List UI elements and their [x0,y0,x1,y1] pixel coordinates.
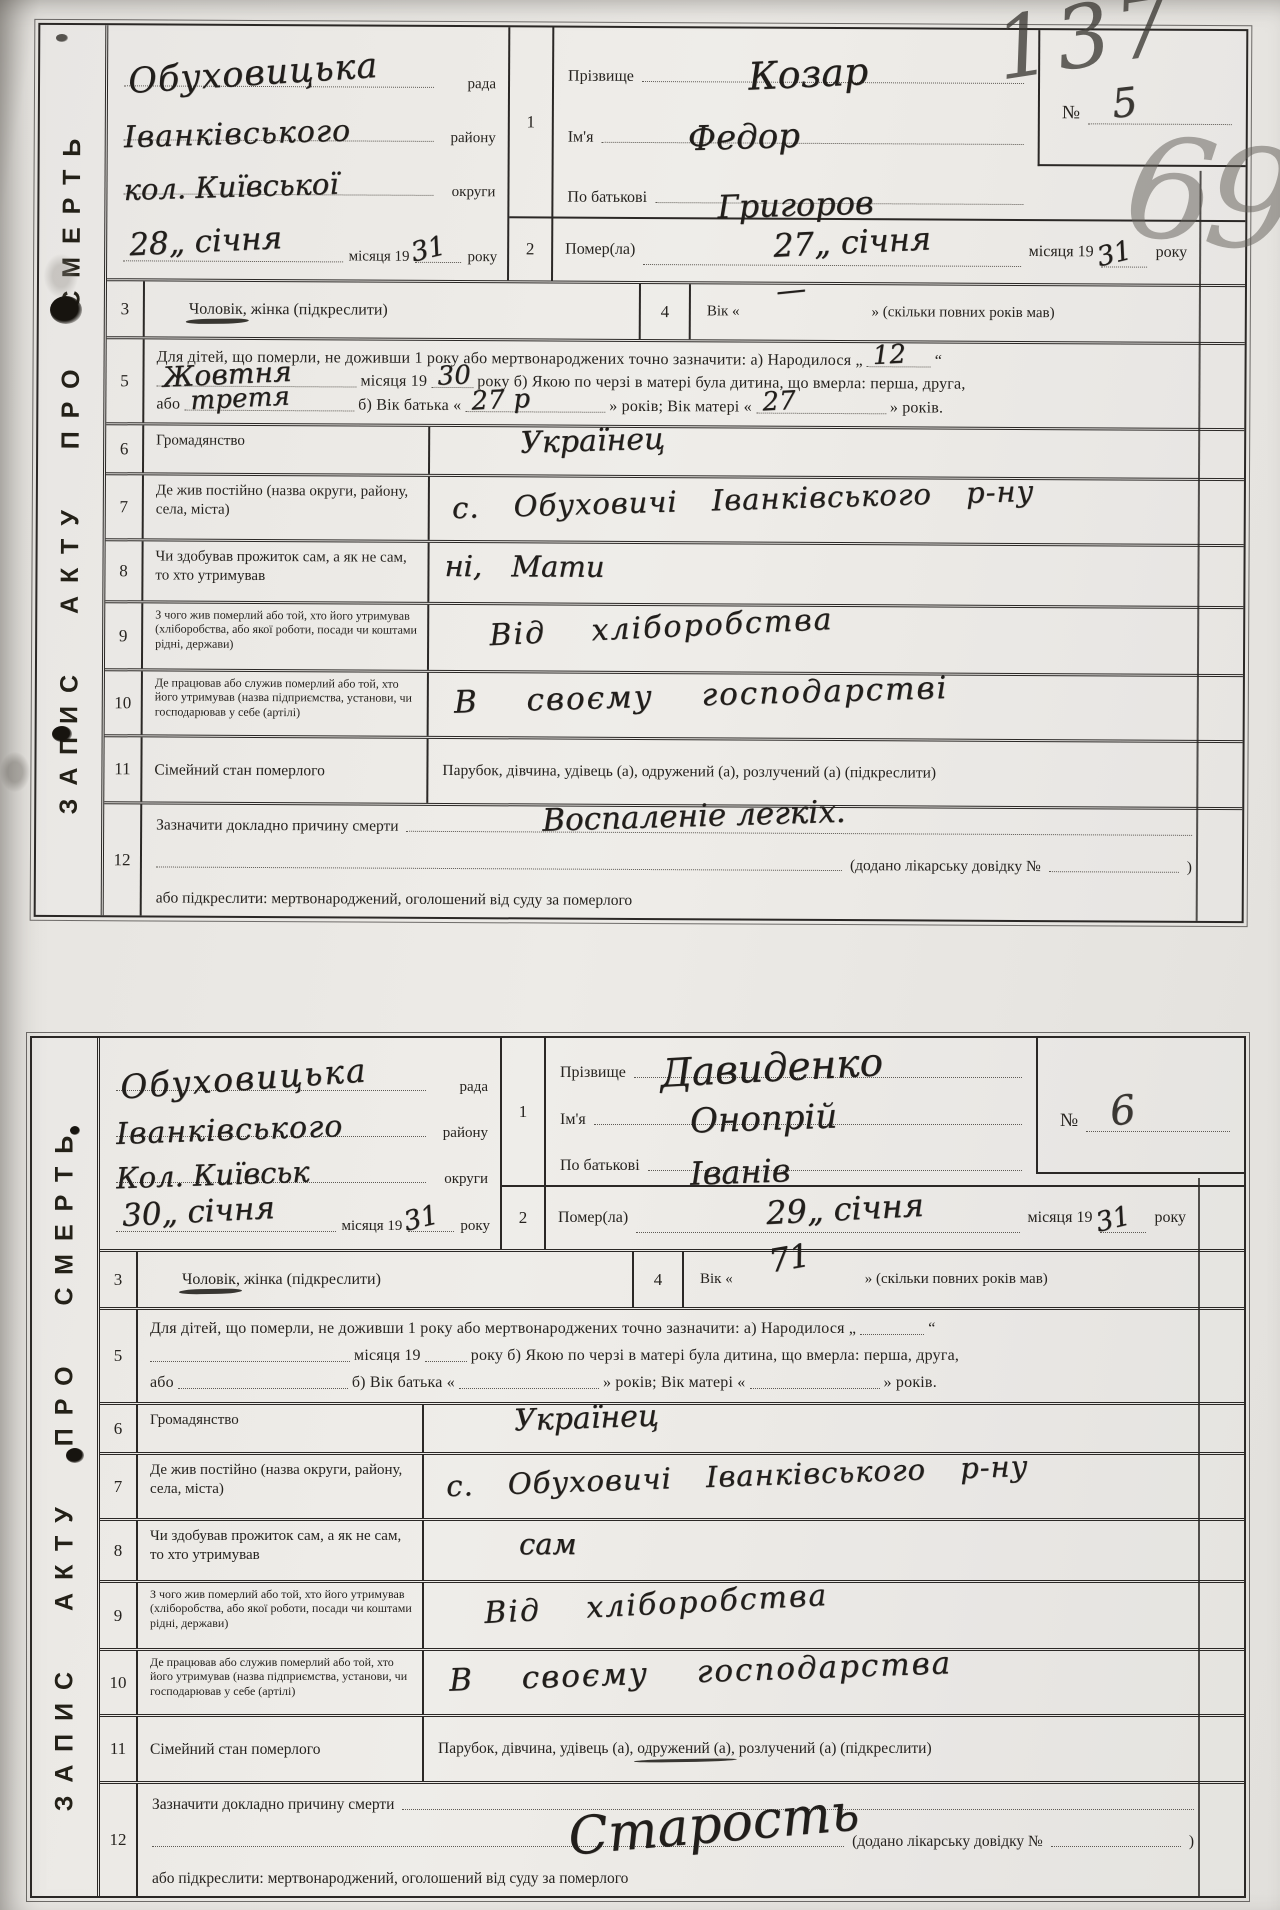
livelihood-label: З чого жив померлий або той, хто його ут… [143,603,429,669]
left-margin-strip: ЗАПИС АКТУ ПРО СМЕРТЬ [32,1038,100,1896]
registration-date-entry: 30„ січня [121,1195,275,1231]
row-7-residence: 7 Де жив постійно (назва округи, району,… [106,475,1244,547]
registration-year-entry: 31 [409,234,448,266]
surname-label: Прізвище [560,1064,626,1082]
ink-blot [52,726,72,742]
row-number: 8 [105,541,143,600]
okruha-line: Кол. Київськ округи [116,1144,490,1190]
marital-married-underlined: одружений (а) [637,1740,731,1757]
row-10-workplace: 10 Де працював або служив померлий або т… [105,671,1243,743]
age-entry: — [774,275,807,305]
row-number: 11 [100,1717,138,1781]
child-text-3b: б) Вік батька « [352,1374,455,1392]
row-number: 6 [106,425,144,472]
age-gap: — [745,285,865,341]
council-block: Обуховицька рада Іванківського району ко… [107,25,510,280]
okruha-label: округи [444,1171,488,1188]
workplace-label: Де працював або служив померлий або той,… [138,1651,424,1714]
cause-label: Зазначити докладно причину смерти [156,816,399,835]
self-support-cell: сам [424,1521,1244,1580]
patronymic-field: По батькові Григоров [567,154,1023,217]
row-number: 8 [100,1521,138,1580]
dotted-rule [601,141,1023,144]
number-sign: № [1062,102,1080,124]
sex-male-underlined: Чоловік [182,1271,236,1288]
child-text-3b: б) Вік батька « [358,397,461,416]
self-support-label: Чи здобував прожиток сам, а як не сам, т… [143,541,429,601]
row-number: 4 [634,1252,684,1307]
row-11-marital-status: 11 Сімейний стан померлого Парубок, дівч… [100,1717,1244,1784]
dotted-rule: 6 [1086,1131,1230,1132]
workplace-entry: В своєму господарства [449,1650,953,1695]
row-number: 9 [100,1583,138,1648]
council-entry: Обуховицька [127,50,379,98]
cause-of-death-cell: Старость Зазначити докладно причину смер… [138,1784,1244,1896]
dotted-rule [1051,1846,1181,1847]
first-name-label: Ім'я [568,128,594,146]
mother-age-entry: 27 [761,390,796,415]
child-text-2b: року б) Якою по черзі в матері була дити… [477,374,965,395]
child-line-2: місяця 19 року б) Якою по черзі в матері… [150,1347,1194,1365]
row-9-livelihood: 9 З чого жив померлий або той, хто його … [100,1583,1244,1651]
row-number: 7 [106,475,144,538]
marital-married: одружений (а) [642,763,736,780]
ink-blot [50,296,82,324]
child-text-1-end: “ [935,352,942,370]
row-number: 10 [105,671,143,734]
child-text-3c: » років; Вік матері « [603,1374,746,1392]
row-number: 5 [106,339,144,422]
okruha-line: кол. Київської округи [123,147,497,203]
dotted-rule [156,866,842,871]
workplace-cell: В своєму господарстві [429,673,1243,740]
name-block: 1 Прізвище Давиденко Ім'я Онопрій [502,1038,1244,1249]
cause-label: Зазначити докладно причину смерти [152,1796,394,1814]
row-8-self-support: 8 Чи здобував прожиток сам, а як не сам,… [105,541,1243,609]
dotted-rule: 27 [756,413,886,415]
month-label: місяця 19 [342,1218,403,1235]
child-line-2: Жовтня місяця 19 30 року б) Якою по черз… [156,372,1194,395]
child-text-2a: місяця 19 [354,1347,421,1365]
row-7-residence: 7 Де жив постійно (назва округи, району,… [100,1455,1244,1521]
residence-cell: с. Обуховичі Іванківського р-ну [424,1455,1244,1518]
dotted-rule: третя [184,410,354,412]
row-3-4: 3 Чоловік, жінка (підкреслити) 4 Вік « 7… [100,1252,1244,1310]
first-name-field: Ім'я Онопрій [560,1090,1022,1136]
child-line-3: або третя б) Вік батька « 27 р » років; … [156,396,1194,419]
died-label: Помер(ла) [565,241,635,259]
dotted-rule: 12 [867,366,931,367]
row-10-workplace: 10 Де працював або служив померлий або т… [100,1651,1244,1717]
marital-options-text: Парубок, дівчина, удівець (а), одружений… [438,1740,932,1758]
workplace-label: Де працював або служив померлий або той,… [143,671,429,735]
death-record-form-2: ЗАПИС АКТУ ПРО СМЕРТЬ Обуховицька рада І… [30,1036,1246,1898]
marital-options: Парубок, дівчина, удівець (а), одружений… [424,1717,1244,1781]
sex-rest: , жінка (підкреслити) [243,300,388,318]
death-year-entry: 31 [1094,1204,1133,1236]
year-label: року [460,1218,490,1235]
pencil-smudge [44,254,78,298]
form-header: Обуховицька рада Іванківського району Ко… [100,1038,1244,1252]
surname-label: Прізвище [568,68,634,86]
registration-date-line: 30„ січня місяця 19 31 року [116,1190,490,1249]
marital-options-a: Парубок, дівчина, удівець (а), [438,1740,637,1757]
child-line-1: Для дітей, що померли, не доживши 1 року… [157,348,1195,371]
row-8-self-support: 8 Чи здобував прожиток сам, а як не сам,… [100,1521,1244,1583]
marital-options-b: , розлучений (а) (підкреслити) [731,1740,932,1757]
row-number: 3 [100,1252,138,1307]
row-number: 5 [100,1310,138,1402]
child-details-text: Для дітей, що померли, не доживши 1 року… [138,1310,1244,1402]
registration-year-entry: 31 [402,1203,441,1235]
self-support-entry: ні, Мати [444,553,604,580]
certificate-line: (додано лікарську довідку № ) [156,853,1192,876]
row-number: 2 [502,1187,546,1249]
sex-text: Чоловік, жінка (підкреслити) [182,1271,381,1289]
dotted-rule [407,831,1193,836]
self-support-cell: ні, Мати [429,543,1243,606]
council-entry: Обуховицька [119,1056,368,1103]
record-number-line: № 6 [1060,1110,1230,1132]
child-born-day-entry: 12 [872,343,907,368]
child-order-entry: третя [190,386,291,414]
patronymic-entry: Іванів [690,1156,791,1188]
row-number: 1 [502,1038,546,1185]
marital-options-text: Парубок, дівчина, удівець (а), одружений… [442,762,936,783]
district-entry: Іванківського [123,118,351,152]
dotted-rule [178,1388,348,1389]
row-12-cause-of-death: 12 Старость Зазначити докладно причину с… [100,1784,1244,1896]
child-text-3a: або [156,396,180,414]
row-2: 2 Помер(ла) 29„ січня місяця 19 31 року [502,1187,1244,1249]
dotted-rule: 30„ січня [116,1231,336,1232]
dotted-rule [1049,871,1179,873]
citizenship-entry: Українец [514,1402,660,1434]
district-line: Іванківського району [116,1098,490,1144]
residence-cell: с. Обуховичі Іванківського р-ну [430,477,1244,544]
record-number-box: № 6 [1036,1038,1244,1174]
death-date-entry: 29„ січня [766,1191,925,1228]
child-line-1: Для дітей, що померли, не доживши 1 року… [150,1320,1194,1338]
dotted-rule [459,1388,599,1389]
council-label: рада [460,1079,488,1096]
livelihood-label: З чого жив померлий або той, хто його ут… [138,1583,424,1648]
ink-blot [70,1126,80,1135]
dotted-rule: 31 [416,262,462,263]
row-5-child-details: 5 Для дітей, що померли, не доживши 1 ро… [106,339,1244,431]
council-line: Обуховицька рада [124,39,498,95]
marital-status-label: Сімейний стан померлого [142,737,428,802]
dotted-rule: 27 р [465,411,605,413]
district-label: району [450,130,495,147]
row-number: 6 [100,1405,138,1452]
council-label: рада [468,76,497,93]
row-number: 12 [100,1784,138,1896]
age-entry: 71 [767,1241,812,1276]
marital-options-b: , розлучений (а) (підкреслити) [735,763,936,781]
form-body: Обуховицька рада Іванківського району ко… [104,25,1247,921]
first-name-entry: Онопрій [690,1102,838,1138]
sex-rest: , жінка (підкреслити) [236,1271,381,1288]
okruha-entry: Кол. Київськ [116,1159,310,1192]
registration-date-line: 28„ січня місяця 19 31 року [123,201,497,280]
pencil-smudge [0,752,30,792]
vertical-form-title: ЗАПИС АКТУ ПРО СМЕРТЬ [50,1123,79,1812]
row-number: 1 [509,27,554,216]
row-9-livelihood: 9 З чого жив померлий або той, хто його … [105,603,1243,677]
sex-text: Чоловік, жінка (підкреслити) [189,300,388,319]
citizenship-entry: Українец [520,426,665,457]
dotted-rule: 29„ січня [636,1232,1019,1233]
surname-entry: Давиденко [659,1045,884,1092]
ink-blot [66,1448,84,1463]
underline-note: або підкреслити: мертвонароджений, оголо… [156,889,1192,912]
age-cell: Вік « — » (скільки повних років мав) [691,284,1245,342]
month-label: місяця 19 [349,248,410,265]
vertical-form-title: ЗАПИС АКТУ ПРО СМЕРТЬ [54,126,87,815]
district-entry: Іванківського [116,1113,344,1148]
row-number: 12 [104,804,143,915]
death-date-line: Помер(ла) 29„ січня місяця 19 31 року [546,1187,1244,1249]
patronymic-entry: Григоров [717,189,874,222]
child-details-text: Для дітей, що померли, не доживши 1 року… [144,339,1244,428]
surname-entry: Козар [747,54,868,94]
sex-male-underlined: Чоловік [189,300,243,317]
row-5-child-details: 5 Для дітей, що померли, не доживши 1 ро… [100,1310,1244,1405]
residence-label: Де жив постійно (назва округи, району, с… [138,1455,424,1518]
left-margin-strip: ЗАПИС АКТУ ПРО СМЕРТЬ [36,25,109,915]
row-number: 11 [104,737,142,801]
self-support-entry: сам [519,1531,577,1557]
child-text-3c: » років; Вік матері « [609,398,752,417]
sex-cell: Чоловік, жінка (підкреслити) [145,281,641,339]
district-label: району [443,1125,488,1142]
council-line: Обуховицька рада [116,1052,490,1098]
age-close-label: » (скільки повних років мав) [865,1271,1048,1288]
month-label: місяця 19 [1029,243,1094,261]
year-label: року [468,249,498,266]
child-text-3d: » років. [884,1374,937,1392]
cause-of-death-cell: Воспаленіе легкіх. Зазначити докладно пр… [142,804,1243,921]
died-label: Помер(ла) [558,1209,628,1227]
cause-of-death-entry: Воспаленіе легкіх. [542,799,846,836]
first-name-label: Ім'я [560,1111,586,1129]
row-number: 2 [509,218,553,280]
dotted-rule [425,1361,467,1362]
dotted-rule: 31 [408,1231,454,1232]
dotted-rule [750,1388,880,1389]
district-line: Іванківського району [124,93,498,149]
certificate-close: ) [1187,858,1192,876]
dotted-rule: 28„ січня [123,260,343,262]
death-date-entry: 27„ січня [773,225,932,261]
dotted-rule: 31 [1100,1232,1146,1233]
okruha-entry: кол. Київської [123,171,339,203]
age-close-label: » (скільки повних років мав) [872,304,1055,322]
child-born-year-entry: 30 [437,365,472,390]
child-text-1-end: “ [928,1320,935,1338]
livelihood-cell: Від хліборобства [429,605,1243,674]
residence-label: Де жив постійно (назва округи, району, с… [144,475,430,539]
father-age-entry: 27 р [471,388,531,414]
sex-cell: Чоловік, жінка (підкреслити) [138,1252,634,1307]
row-number: 4 [641,284,691,339]
child-text-1: Для дітей, що померли, не доживши 1 року… [150,1320,856,1338]
citizenship-cell: Українец [430,427,1244,478]
child-text-3a: або [150,1374,174,1392]
self-support-label: Чи здобував прожиток сам, а як не сам, т… [138,1521,424,1580]
row-number: 10 [100,1651,138,1714]
year-label: року [1154,1209,1186,1227]
livelihood-entry: Від хліборобства [484,1582,829,1627]
residence-entry: с. Обуховичі Іванківського р-ну [446,1453,1029,1499]
first-name-entry: Федор [687,121,800,155]
child-text-2b: року б) Якою по черзі в матері була дити… [471,1347,959,1365]
first-name-field: Ім'я Федор [568,94,1024,157]
month-label: місяця 19 [1028,1209,1093,1227]
row-number: 9 [105,603,143,668]
patronymic-label: По батькові [567,189,647,207]
dotted-rule: 27„ січня [643,264,1020,267]
death-record-form-1: ЗАПИС АКТУ ПРО СМЕРТЬ Обуховицька рада І… [34,23,1249,923]
row-6-citizenship: 6 Громадянство Українец [106,425,1244,481]
record-number-entry: 6 [1108,1092,1138,1131]
age-open-label: Вік « [700,1271,733,1288]
form-body: Обуховицька рада Іванківського району Ко… [100,1038,1244,1896]
citizenship-label: Громадянство [138,1405,424,1452]
citizenship-cell: Українец [424,1405,1244,1452]
age-open-label: Вік « [707,303,740,320]
child-text-3d: » років. [890,399,943,417]
citizenship-label: Громадянство [144,425,430,473]
side-number-pencil: 69 [1118,117,1280,276]
row-6-citizenship: 6 Громадянство Українец [100,1405,1244,1455]
right-margin-rule [1198,1178,1200,1896]
livelihood-cell: Від хліборобства [424,1583,1244,1648]
certificate-label: (додано лікарську довідку № [850,857,1041,876]
council-block: Обуховицька рада Іванківського району Ко… [100,1038,502,1249]
child-line-3: або б) Вік батька « » років; Вік матері … [150,1374,1194,1392]
row-3-4: 3 Чоловік, жінка (підкреслити) 4 Вік « —… [107,281,1245,345]
livelihood-entry: Від хліборобства [489,606,834,649]
number-sign: № [1060,1110,1078,1132]
patronymic-field: По батькові Іванів [560,1137,1022,1183]
surname-field: Прізвище Давиденко [560,1044,1022,1090]
dotted-rule [860,1334,924,1335]
certificate-close: ) [1189,1833,1194,1851]
surname-field: Прізвище Козар [568,34,1024,97]
underline-note: або підкреслити: мертвонароджений, оголо… [152,1870,1194,1888]
residence-entry: с. Обуховичі Іванківського р-ну [452,478,1035,521]
workplace-cell: В своєму господарства [424,1651,1244,1714]
row-number: 7 [100,1455,138,1518]
workplace-entry: В своєму господарстві [454,675,949,718]
marital-options-a: Парубок, дівчина, удівець (а), [442,762,641,780]
row-12-cause-of-death: 12 Воспаленіе легкіх. Зазначити докладно… [104,804,1243,921]
okruha-label: округи [452,184,496,201]
age-cell: Вік « 71 » (скільки повних років мав) [684,1252,1244,1307]
age-gap: 71 [739,1252,859,1307]
dotted-rule: 30 [431,387,473,388]
ink-blot [56,34,68,42]
child-text-2a: місяця 19 [360,373,427,391]
marital-status-label: Сімейний стан померлого [138,1717,424,1781]
row-number: 3 [107,281,145,336]
registration-date-entry: 28„ січня [129,225,283,260]
patronymic-label: По батькові [560,1157,640,1175]
dotted-rule [150,1361,350,1362]
certificate-label: (додано лікарську довідку № [852,1833,1043,1851]
